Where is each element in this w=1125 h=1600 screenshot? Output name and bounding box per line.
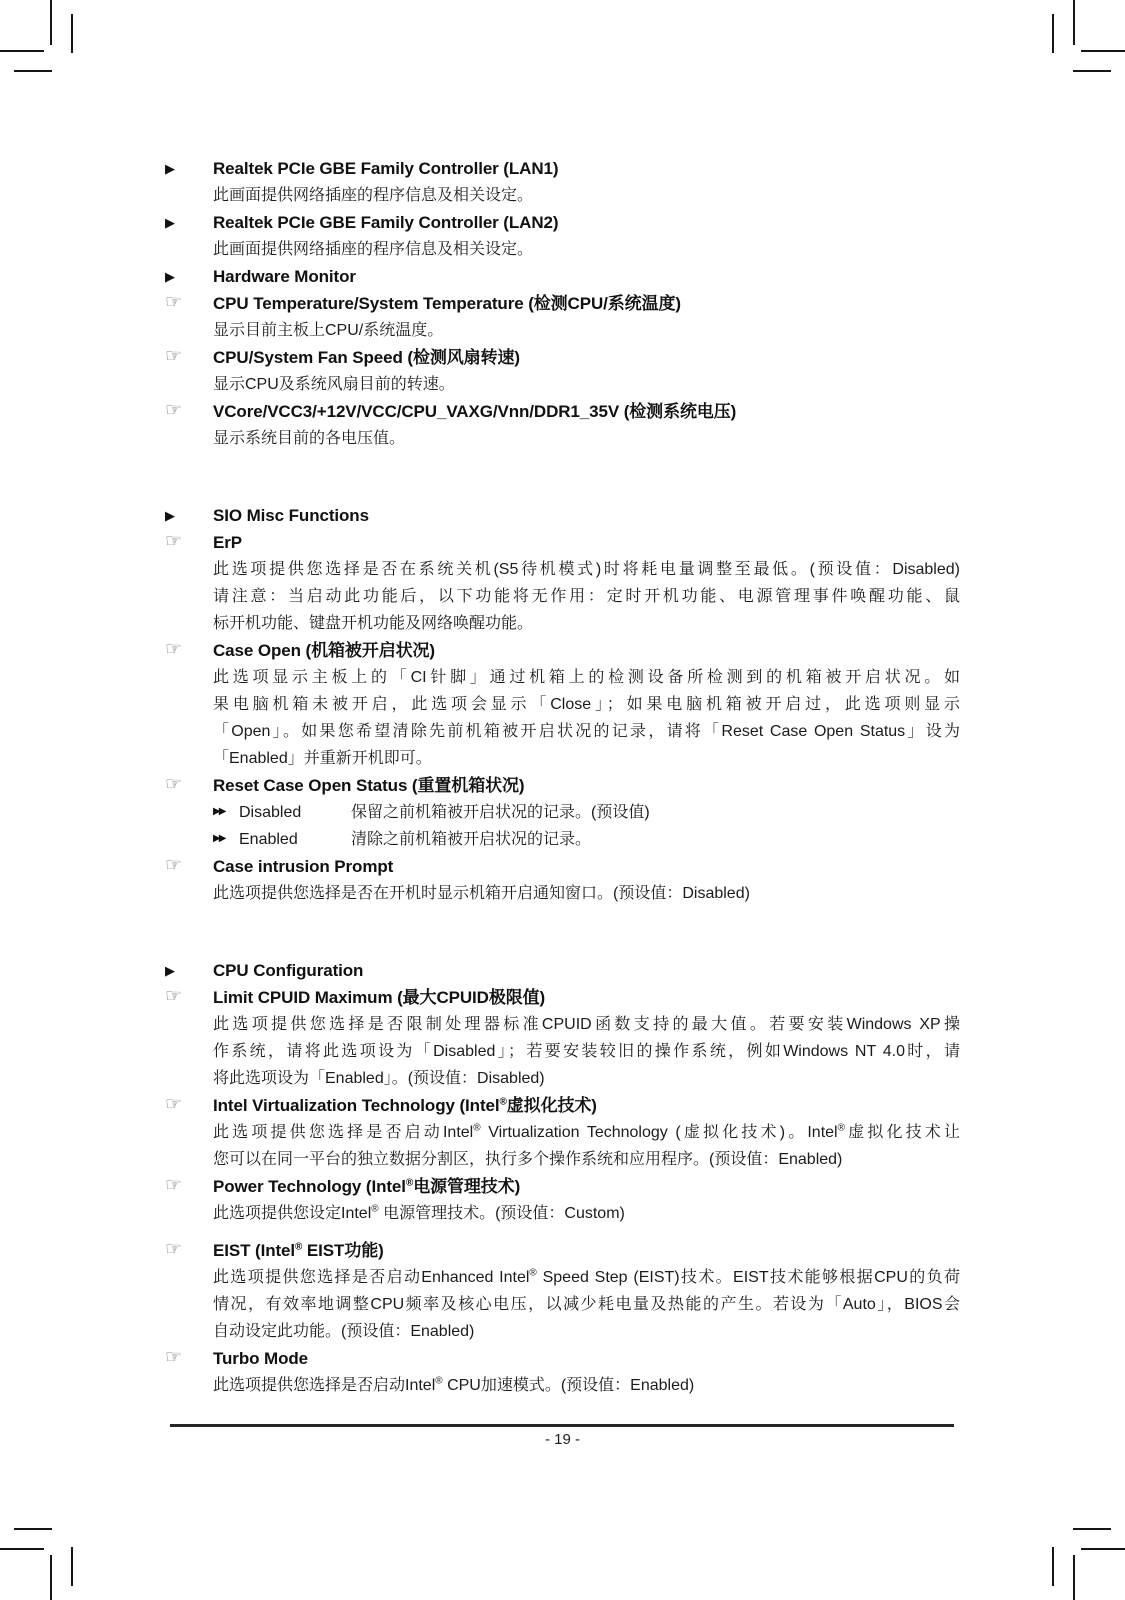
- body-text-line: 显示系统目前的各电压值。: [213, 425, 960, 452]
- item-title: SIO Misc Functions: [213, 502, 960, 529]
- item-text-block: Turbo Mode此选项提供您选择是否启动Intel® CPU加速模式。(预设…: [213, 1345, 960, 1399]
- body-text-line: 「Open」。如果您希望清除先前机箱被开启状况的记录，请将「Reset Case…: [213, 718, 960, 745]
- body-text-line: 标开机功能、键盘开机功能及网络唤醒功能。: [213, 610, 960, 637]
- body-text-line: 此选项提供您选择是否在开机时显示机箱开启通知窗口。(预设值：Disabled): [213, 880, 960, 907]
- section-group: ▶SIO Misc Functions☞ErP此选项提供您选择是否在系统关机(S…: [165, 502, 960, 907]
- pointing-hand-icon: ☞: [165, 343, 213, 370]
- item-text-block: SIO Misc Functions: [213, 502, 960, 529]
- body-text-line: 将此选项设为「Enabled」。(预设值：Disabled): [213, 1065, 960, 1092]
- body-text-line: 情况，有效率地调整CPU频率及核心电压，以减少耗电量及热能的产生。若设为「Aut…: [213, 1291, 960, 1318]
- item-title: CPU Configuration: [213, 957, 960, 984]
- item-text-block: CPU/System Fan Speed (检测风扇转速)显示CPU及系统风扇目…: [213, 344, 960, 398]
- item-title: Realtek PCIe GBE Family Controller (LAN2…: [213, 209, 960, 236]
- item-title: Turbo Mode: [213, 1345, 960, 1372]
- item-text-block: ErP此选项提供您选择是否在系统关机(S5待机模式)时将耗电量调整至最低。(预设…: [213, 529, 960, 637]
- body-text-line: 此选项显示主板上的「CI针脚」通过机箱上的检测设备所检测到的机箱被开启状况。如: [213, 664, 960, 691]
- item-text-block: EIST (Intel® EIST功能)此选项提供您选择是否启动Enhanced…: [213, 1237, 960, 1345]
- crop-mark-line: [71, 14, 73, 53]
- menu-section-item: ▶SIO Misc Functions: [165, 502, 960, 529]
- pointing-hand-icon: ☞: [165, 289, 213, 316]
- body-text-line: 「Enabled」并重新开机即可。: [213, 745, 960, 772]
- item-text-block: VCore/VCC3/+12V/VCC/CPU_VAXG/Vnn/DDR1_35…: [213, 398, 960, 452]
- option-item: ☞Reset Case Open Status (重置机箱状况)▶▶Disabl…: [165, 772, 960, 853]
- suboption-value: Enabled: [239, 826, 351, 853]
- crop-mark-line: [1073, 1555, 1075, 1600]
- item-title: CPU/System Fan Speed (检测风扇转速): [213, 344, 960, 371]
- crop-mark-line: [50, 0, 52, 45]
- item-title: ErP: [213, 529, 960, 556]
- menu-section-item: ▶Hardware Monitor: [165, 263, 960, 290]
- item-text-block: Hardware Monitor: [213, 263, 960, 290]
- body-text-line: 此选项提供您选择是否在系统关机(S5待机模式)时将耗电量调整至最低。(预设值：D…: [213, 556, 960, 583]
- pointing-hand-icon: ☞: [165, 1236, 213, 1263]
- triangle-bullet-icon: ▶: [165, 263, 213, 290]
- body-text-line: 此画面提供网络插座的程序信息及相关设定。: [213, 182, 960, 209]
- body-text-line: 此选项提供您选择是否启动Enhanced Intel® Speed Step (…: [213, 1264, 960, 1291]
- option-item: ☞CPU/System Fan Speed (检测风扇转速)显示CPU及系统风扇…: [165, 344, 960, 398]
- item-text-block: CPU Temperature/System Temperature (检测CP…: [213, 290, 960, 344]
- option-item: ☞Turbo Mode此选项提供您选择是否启动Intel® CPU加速模式。(预…: [165, 1345, 960, 1399]
- item-text-block: Intel Virtualization Technology (Intel®虚…: [213, 1092, 960, 1173]
- item-text-block: Realtek PCIe GBE Family Controller (LAN2…: [213, 209, 960, 263]
- pointing-hand-icon: ☞: [165, 1172, 213, 1199]
- registered-mark-icon: ®: [473, 1123, 480, 1134]
- registered-mark-icon: ®: [529, 1268, 536, 1279]
- pointing-hand-icon: ☞: [165, 852, 213, 879]
- option-item: ☞Intel Virtualization Technology (Intel®…: [165, 1092, 960, 1173]
- item-title: EIST (Intel® EIST功能): [213, 1237, 960, 1264]
- registered-mark-icon: ®: [371, 1204, 378, 1215]
- menu-section-item: ▶Realtek PCIe GBE Family Controller (LAN…: [165, 155, 960, 209]
- pointing-hand-icon: ☞: [165, 528, 213, 555]
- option-item: ☞Limit CPUID Maximum (最大CPUID极限值)此选项提供您选…: [165, 984, 960, 1092]
- option-item: ☞Case intrusion Prompt此选项提供您选择是否在开机时显示机箱…: [165, 853, 960, 907]
- menu-section-item: ▶Realtek PCIe GBE Family Controller (LAN…: [165, 209, 960, 263]
- item-title: Hardware Monitor: [213, 263, 960, 290]
- suboption-description: 清除之前机箱被开启状况的记录。: [351, 826, 960, 853]
- section-group: ▶Realtek PCIe GBE Family Controller (LAN…: [165, 155, 960, 452]
- item-text-block: Case Open (机箱被开启状况)此选项显示主板上的「CI针脚」通过机箱上的…: [213, 637, 960, 772]
- suboption-value: Disabled: [239, 799, 351, 826]
- menu-section-item: ▶CPU Configuration: [165, 957, 960, 984]
- item-text-block: Power Technology (Intel®电源管理技术)此选项提供您设定I…: [213, 1173, 960, 1227]
- body-text-line: 此选项提供您选择是否限制处理器标准CPUID函数支持的最大值。若要安装Windo…: [213, 1011, 960, 1038]
- page-content: ▶Realtek PCIe GBE Family Controller (LAN…: [165, 155, 960, 1399]
- item-title: CPU Temperature/System Temperature (检测CP…: [213, 290, 960, 317]
- suboption-row: ▶▶Enabled清除之前机箱被开启状况的记录。: [213, 826, 960, 853]
- pointing-hand-icon: ☞: [165, 771, 213, 798]
- item-title: VCore/VCC3/+12V/VCC/CPU_VAXG/Vnn/DDR1_35…: [213, 398, 960, 425]
- body-text-line: 显示目前主板上CPU/系统温度。: [213, 317, 960, 344]
- crop-mark-line: [0, 1548, 44, 1550]
- crop-mark-line: [1081, 1548, 1125, 1550]
- crop-mark-line: [14, 1528, 52, 1530]
- section-group: ▶CPU Configuration☞Limit CPUID Maximum (…: [165, 957, 960, 1399]
- body-text-line: 此选项提供您选择是否启动Intel® Virtualization Techno…: [213, 1119, 960, 1146]
- pointing-hand-icon: ☞: [165, 636, 213, 663]
- triangle-bullet-icon: ▶: [165, 209, 213, 236]
- body-text-line: 您可以在同一平台的独立数据分割区，执行多个操作系统和应用程序。(预设值：Enab…: [213, 1146, 960, 1173]
- body-text-line: 果电脑机箱未被开启，此选项会显示「Close」；如果电脑机箱被开启过，此选项则显…: [213, 691, 960, 718]
- registered-mark-icon: ®: [295, 1241, 302, 1252]
- item-title: Case intrusion Prompt: [213, 853, 960, 880]
- option-item: ☞VCore/VCC3/+12V/VCC/CPU_VAXG/Vnn/DDR1_3…: [165, 398, 960, 452]
- body-text-line: 作系统，请将此选项设为「Disabled」；若要安装较旧的操作系统，例如Wind…: [213, 1038, 960, 1065]
- item-title: Power Technology (Intel®电源管理技术): [213, 1173, 960, 1200]
- registered-mark-icon: ®: [499, 1096, 506, 1107]
- body-text-line: 此选项提供您设定Intel® 电源管理技术。(预设值：Custom): [213, 1200, 960, 1227]
- registered-mark-icon: ®: [838, 1123, 845, 1134]
- crop-mark-line: [1073, 1528, 1111, 1530]
- suboption-row: ▶▶Disabled保留之前机箱被开启状况的记录。(预设值): [213, 799, 960, 826]
- item-title: Intel Virtualization Technology (Intel®虚…: [213, 1092, 960, 1119]
- body-text-line: 显示CPU及系统风扇目前的转速。: [213, 371, 960, 398]
- footer-rule: [170, 1424, 954, 1427]
- pointing-hand-icon: ☞: [165, 983, 213, 1010]
- page-number: - 19 -: [0, 1431, 1125, 1448]
- item-title: Realtek PCIe GBE Family Controller (LAN1…: [213, 155, 960, 182]
- crop-mark-line: [71, 1547, 73, 1586]
- item-text-block: Case intrusion Prompt此选项提供您选择是否在开机时显示机箱开…: [213, 853, 960, 907]
- registered-mark-icon: ®: [406, 1177, 413, 1188]
- pointing-hand-icon: ☞: [165, 1091, 213, 1118]
- item-title: Case Open (机箱被开启状况): [213, 637, 960, 664]
- pointing-hand-icon: ☞: [165, 397, 213, 424]
- item-title: Limit CPUID Maximum (最大CPUID极限值): [213, 984, 960, 1011]
- body-text-line: 自动设定此功能。(预设值：Enabled): [213, 1318, 960, 1345]
- crop-mark-line: [1081, 50, 1125, 52]
- crop-mark-line: [14, 70, 52, 72]
- triangle-bullet-icon: ▶: [165, 155, 213, 182]
- body-text-line: 此画面提供网络插座的程序信息及相关设定。: [213, 236, 960, 263]
- option-item: ☞ErP此选项提供您选择是否在系统关机(S5待机模式)时将耗电量调整至最低。(预…: [165, 529, 960, 637]
- item-text-block: Limit CPUID Maximum (最大CPUID极限值)此选项提供您选择…: [213, 984, 960, 1092]
- crop-mark-line: [1073, 0, 1075, 45]
- crop-mark-line: [1073, 70, 1111, 72]
- item-text-block: CPU Configuration: [213, 957, 960, 984]
- crop-mark-line: [0, 50, 44, 52]
- option-item: ☞Case Open (机箱被开启状况)此选项显示主板上的「CI针脚」通过机箱上…: [165, 637, 960, 772]
- item-text-block: Realtek PCIe GBE Family Controller (LAN1…: [213, 155, 960, 209]
- body-text-line: 请注意：当启动此功能后，以下功能将无作用：定时开机功能、电源管理事件唤醒功能、鼠: [213, 583, 960, 610]
- item-text-block: Reset Case Open Status (重置机箱状况)▶▶Disable…: [213, 772, 960, 853]
- double-triangle-icon: ▶▶: [213, 825, 239, 852]
- triangle-bullet-icon: ▶: [165, 957, 213, 984]
- registered-mark-icon: ®: [435, 1376, 442, 1387]
- option-item: ☞Power Technology (Intel®电源管理技术)此选项提供您设定…: [165, 1173, 960, 1227]
- option-item: ☞CPU Temperature/System Temperature (检测C…: [165, 290, 960, 344]
- suboption-description: 保留之前机箱被开启状况的记录。(预设值): [351, 799, 960, 826]
- triangle-bullet-icon: ▶: [165, 502, 213, 529]
- crop-mark-line: [1052, 14, 1054, 53]
- body-text-line: 此选项提供您选择是否启动Intel® CPU加速模式。(预设值：Enabled): [213, 1372, 960, 1399]
- crop-mark-line: [1052, 1547, 1054, 1586]
- double-triangle-icon: ▶▶: [213, 798, 239, 825]
- item-title: Reset Case Open Status (重置机箱状况): [213, 772, 960, 799]
- option-item: ☞EIST (Intel® EIST功能)此选项提供您选择是否启动Enhance…: [165, 1237, 960, 1345]
- crop-mark-line: [50, 1555, 52, 1600]
- pointing-hand-icon: ☞: [165, 1344, 213, 1371]
